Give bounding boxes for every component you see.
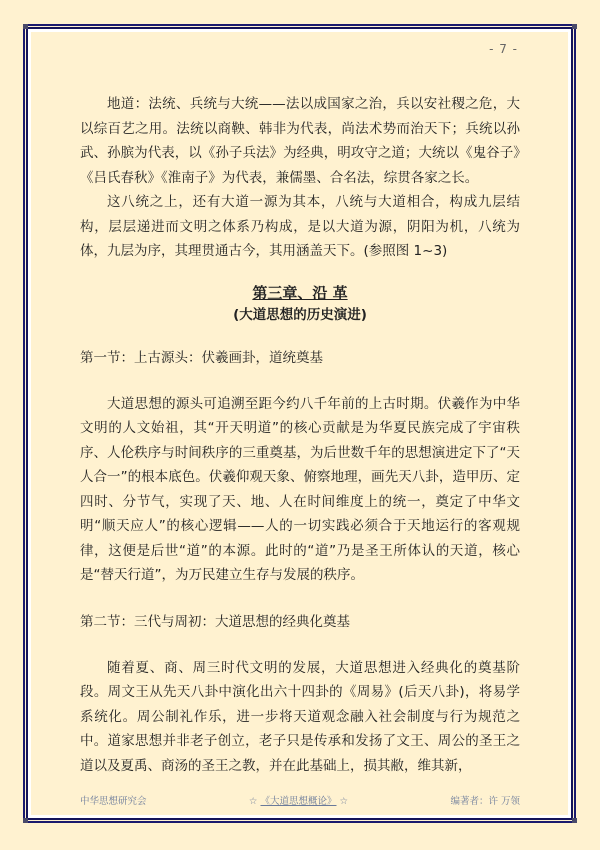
page-footer: 中华思想研究会 ☆ 《大道思想概论》 ☆ 编著者：许 万领 — [80, 793, 520, 807]
section-heading-2: 第二节：三代与周初：大道思想的经典化奠基 — [80, 610, 520, 634]
section-paragraph-1: 大道思想的源头可追溯至距今约八千年前的上古时期。伏羲作为中华文明的人文始祖，其“… — [80, 392, 520, 588]
border-corner-bottom-right — [572, 818, 577, 823]
footer-book-title: ☆ 《大道思想概论》 ☆ — [249, 793, 348, 807]
page-number: - 7 - — [489, 42, 518, 56]
document-body: 地道：法统、兵统与大统——法以成国家之治，兵以安社稷之危，大以综百艺之用。法统以… — [80, 92, 520, 778]
border-corner-bottom-left — [23, 818, 28, 823]
chapter-title: 第三章、沿 革 — [80, 282, 520, 304]
footer-author: 编著者：许 万领 — [450, 793, 520, 807]
paragraph-nine-layers: 这八统之上，还有大道一源为其本，八统与大道相合，构成九层结构，层层递进而文明之体… — [80, 190, 520, 264]
star-icon: ☆ — [249, 796, 258, 807]
footer-organization: 中华思想研究会 — [80, 793, 147, 807]
star-icon: ☆ — [340, 796, 349, 807]
chapter-subtitle: (大道思想的历史演进) — [80, 304, 520, 326]
border-corner-top-left — [23, 24, 28, 29]
section-heading-1: 第一节：上古源头：伏羲画卦，道统奠基 — [80, 346, 520, 370]
section-paragraph-2: 随着夏、商、周三时代文明的发展，大道思想进入经典化的奠基阶段。周文王从先天八卦中… — [80, 656, 520, 779]
book-title-link[interactable]: 《大道思想概论》 — [260, 796, 336, 807]
paragraph-earth-way: 地道：法统、兵统与大统——法以成国家之治，兵以安社稷之危，大以综百艺之用。法统以… — [80, 92, 520, 190]
border-corner-top-right — [572, 24, 577, 29]
